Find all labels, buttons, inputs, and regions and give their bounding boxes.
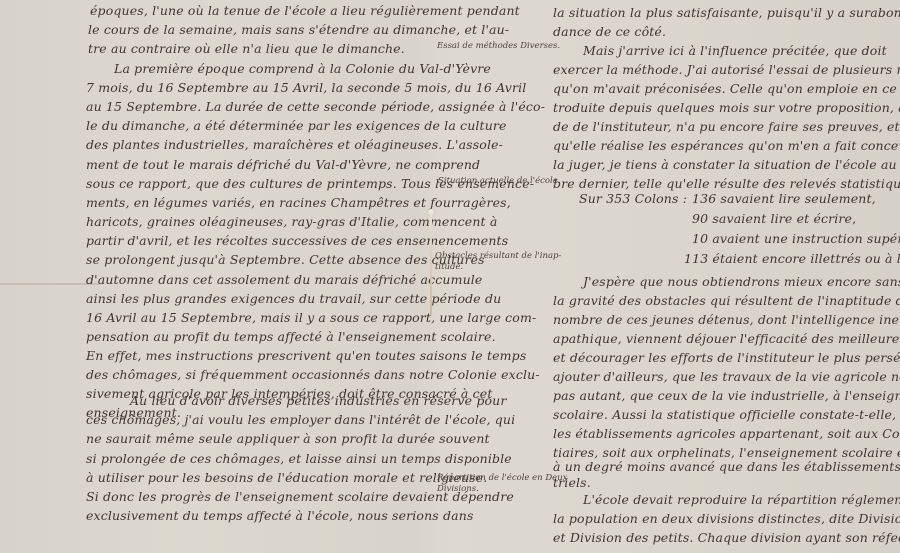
text-line: tiaires, soit aux orphelinats, l'enseign… <box>553 446 900 460</box>
text-line: dance de ce côté. <box>553 25 666 39</box>
text-line: se prolongent jusqu'à Septembre. Cette a… <box>86 253 485 267</box>
text-line: la population en deux divisions distinct… <box>553 512 900 526</box>
text-line: troduite depuis quelques mois sur votre … <box>553 101 900 115</box>
text-line: de de l'instituteur, n'a pu encore faire… <box>553 120 900 134</box>
text-line: triels. <box>553 476 591 490</box>
margin-note-obstacles: Obstacles résultant de l'inap- <box>435 251 561 262</box>
text-line: ne saurait même seule appliquer à son pr… <box>86 432 490 446</box>
text-line: des chômages, si fréquemment occasionnés… <box>86 368 540 382</box>
text-line: J'espère que nous obtiendrons mieux enco… <box>583 275 900 289</box>
text-line: En effet, mes instructions prescrivent q… <box>86 349 526 363</box>
text-line: apathique, viennent déjouer l'efficacité… <box>553 332 900 346</box>
text-line: ces chômages, j'ai voulu les employer da… <box>86 413 515 427</box>
text-line: d'automne dans cet assolement du marais … <box>86 273 482 287</box>
text-line: la situation la plus satisfaisante, puis… <box>553 6 900 20</box>
stats-line-illiterate: 113 étaient encore illettrés ou à l'épel… <box>684 252 900 266</box>
stats-heading: Sur 353 Colons : <box>579 192 687 206</box>
stats-line-read-write: 90 savaient lire et écrire, <box>692 212 856 226</box>
text-line: le cours de la semaine, mais sans s'éten… <box>88 23 509 37</box>
text-line: scolaire. Aussi la statistique officiell… <box>553 408 900 422</box>
text-line: partir d'avril, et les récoltes successi… <box>86 234 508 248</box>
margin-note-repartition: Répartition de l'école en Deux <box>437 473 567 484</box>
text-line: des plantes industrielles, maraîchères e… <box>86 138 503 152</box>
text-line: la gravité des obstacles qui résultent d… <box>553 294 900 308</box>
text-line: la juger, je tiens à constater la situat… <box>553 158 900 172</box>
text-line: qu'elle réalise les espérances qu'on m'e… <box>553 139 900 153</box>
text-line: à un degré moins avancé que dans les éta… <box>553 460 900 474</box>
text-line: 7 mois, du 16 Septembre au 15 Avril, la … <box>86 81 526 95</box>
binding-thread <box>430 212 432 315</box>
text-line: époques, l'une où la tenue de l'école a … <box>90 4 520 18</box>
text-line: ments, en légumes variés, en racines Cha… <box>86 196 511 210</box>
text-line: ment de tout le marais défriché du Val-d… <box>86 158 480 172</box>
text-line: qu'on m'avait préconisées. Celle qu'on e… <box>553 82 900 96</box>
text-line: nombre de ces jeunes détenus, dont l'int… <box>553 313 900 327</box>
text-line: exercer la méthode. J'ai autorisé l'essa… <box>553 63 900 77</box>
margin-note-methods: Essai de méthodes Diverses. <box>437 41 560 52</box>
text-line: Au lieu d'avoir diverses petites industr… <box>130 394 506 408</box>
text-line: à utiliser pour les besoins de l'éducati… <box>86 471 487 485</box>
text-line: haricots, graines oléagineuses, ray-gras… <box>86 215 497 229</box>
text-line: Mais j'arrive ici à l'influence précitée… <box>583 44 887 58</box>
text-line: et Division des petits. Chaque division … <box>553 531 900 545</box>
text-line: 16 Avril au 15 Septembre, mais il y a so… <box>86 311 536 325</box>
text-line: exclusivement du temps affecté à l'école… <box>86 509 474 523</box>
text-line: La première époque comprend à la Colonie… <box>114 62 491 76</box>
text-line: pensation au profit du temps affecté à l… <box>86 330 496 344</box>
margin-note-obstacles-cont: titude. <box>435 262 463 273</box>
stats-line-read: 136 savaient lire seulement, <box>692 192 876 206</box>
text-line: le du dimanche, a été déterminée par les… <box>86 119 507 133</box>
margin-note-divisions: Divisions. <box>437 484 479 495</box>
text-line: les établissements agricoles appartenant… <box>553 427 900 441</box>
text-line: ajouter d'ailleurs, que les travaux de l… <box>553 370 900 384</box>
text-line: ainsi les plus grandes exigences du trav… <box>86 292 501 306</box>
text-line: et décourager les efforts de l'institute… <box>553 351 900 365</box>
text-line: bre dernier, telle qu'elle résulte des r… <box>553 177 900 191</box>
text-line: tre au contraire où elle n'a lieu que le… <box>88 42 405 56</box>
text-line: pas autant, que ceux de la vie industrie… <box>553 389 900 403</box>
margin-note-situation: Situation actuelle de l'école. <box>438 176 560 187</box>
stats-line-higher: 10 avaient une instruction supérieure, <box>692 232 900 246</box>
manuscript-spread: époques, l'une où la tenue de l'école a … <box>0 0 900 553</box>
text-line: L'école devait reproduire la répartition… <box>583 493 900 507</box>
text-line: si prolongée de ces chômages, et laisse … <box>86 452 512 466</box>
text-line: au 15 Septembre. La durée de cette secon… <box>86 100 545 114</box>
paper-fold <box>0 283 100 285</box>
